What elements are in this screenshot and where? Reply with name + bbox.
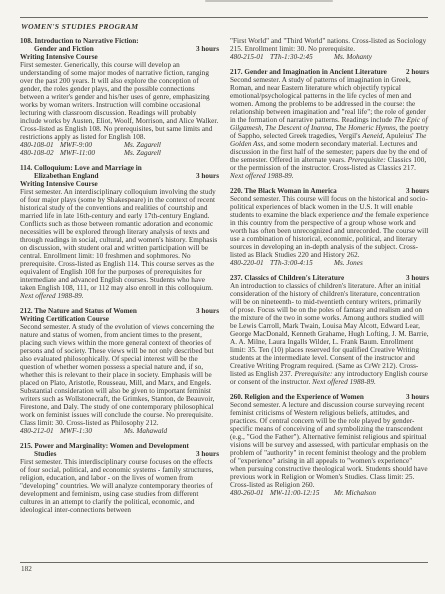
course-260: 260. Religion and the Experience of Wome… xyxy=(230,393,429,497)
section-number: 480-212-01 xyxy=(20,427,60,435)
course-heading: 114. Colloquium: Love and Marriage in xyxy=(20,164,219,172)
schedule-row: 480-212-01MWF-1:30Ms. Mahawald xyxy=(20,427,219,435)
course-description: Second semester. A study of patterns of … xyxy=(230,76,429,180)
course-title: 217. Gender and Imagination in Ancient L… xyxy=(230,68,387,76)
page-title: WOMEN'S STUDIES PROGRAM xyxy=(21,22,138,31)
course-hours: 3 hours xyxy=(406,274,429,282)
instructor-name: Ms. Zagarell xyxy=(124,141,219,149)
schedule-row: 480-220-01TTh-3:00-4:15Ms. Jones xyxy=(230,259,429,267)
instructor-name: Ms. Jones xyxy=(334,259,429,267)
course-description: First semester. Generically, this course… xyxy=(20,61,219,141)
course-title: Gender and Fiction xyxy=(20,45,94,53)
course-hours: 3 hours xyxy=(406,393,429,401)
course-title: 237. Classics of Children's Literature xyxy=(230,274,344,282)
course-heading: 220. The Black Woman in America3 hours xyxy=(230,187,429,195)
course-subtitle: Writing Intensive Course xyxy=(20,180,219,188)
course-108: 108. Introduction to Narrative Fiction:G… xyxy=(20,37,219,157)
page-number: 182 xyxy=(21,565,32,574)
course-hours: 3 hours xyxy=(406,187,429,195)
course-title: 215. Power and Marginality: Women and De… xyxy=(20,442,189,450)
course-212: 212. The Nature and Status of Women3 hou… xyxy=(20,307,219,435)
course-description: First semester. An interdisciplinary col… xyxy=(20,188,219,300)
schedule-row: 480-215-01TTh-1:30-2:45Ms. Mohanty xyxy=(230,53,429,61)
course-heading: 108. Introduction to Narrative Fiction: xyxy=(20,37,219,45)
course-hours: 3 hours xyxy=(196,450,219,458)
course-title: Elizabethan England xyxy=(20,172,99,180)
course-237: 237. Classics of Children's Literature3 … xyxy=(230,274,429,386)
course-215-continuation: "First World" and "Third World" nations.… xyxy=(230,37,429,61)
schedule-row: 480-260-01MW-11:00-12:15Mr. Michalson xyxy=(230,489,429,497)
instructor-name: Ms. Mahawald xyxy=(124,427,219,435)
meeting-time: TTh-1:30-2:45 xyxy=(270,53,334,61)
meeting-time: MWF-9:00 xyxy=(60,141,124,149)
instructor-name: Mr. Michalson xyxy=(334,489,429,497)
course-title: 260. Religion and the Experience of Wome… xyxy=(230,393,364,401)
section-number: 480-108-02 xyxy=(20,149,60,157)
meeting-time: MWF-1:30 xyxy=(60,427,124,435)
course-hours: 3 hours xyxy=(196,172,219,180)
course-description: Second semester. A study of the evolutio… xyxy=(20,323,219,427)
course-heading: 237. Classics of Children's Literature3 … xyxy=(230,274,429,282)
course-subtitle: Writing Intensive Course xyxy=(20,53,219,61)
course-title: 212. The Nature and Status of Women xyxy=(20,307,137,315)
meeting-time: MW-11:00-12:15 xyxy=(270,489,334,497)
meeting-time: TTh-3:00-4:15 xyxy=(270,259,334,267)
bottom-rule xyxy=(20,562,428,563)
course-title: 220. The Black Woman in America xyxy=(230,187,337,195)
schedule-row: 480-108-01MWF-9:00Ms. Zagarell xyxy=(20,141,219,149)
course-heading: Elizabethan England3 hours xyxy=(20,172,219,180)
schedule-row: 480-108-02MWF-11:00Ms. Zagarell xyxy=(20,149,219,157)
section-number: 480-215-01 xyxy=(230,53,270,61)
course-heading: 217. Gender and Imagination in Ancient L… xyxy=(230,68,429,76)
course-title: 108. Introduction to Narrative Fiction: xyxy=(20,37,139,45)
course-hours: 3 hours xyxy=(196,307,219,315)
course-columns: 108. Introduction to Narrative Fiction:G… xyxy=(20,37,429,521)
course-217: 217. Gender and Imagination in Ancient L… xyxy=(230,68,429,180)
course-description: An introduction to classics of children'… xyxy=(230,282,429,386)
course-description: Second semester. A lecture and discussio… xyxy=(230,401,429,489)
course-heading: Studies3 hours xyxy=(20,450,219,458)
section-number: 480-260-01 xyxy=(230,489,270,497)
section-number: 480-220-01 xyxy=(230,259,270,267)
section-number: 480-108-01 xyxy=(20,141,60,149)
course-description: "First World" and "Third World" nations.… xyxy=(230,37,429,53)
course-heading: 260. Religion and the Experience of Wome… xyxy=(230,393,429,401)
course-heading: Gender and Fiction3 hours xyxy=(20,45,219,53)
course-title: Studies xyxy=(20,450,56,458)
course-heading: 215. Power and Marginality: Women and De… xyxy=(20,442,219,450)
course-220: 220. The Black Woman in America3 hoursSe… xyxy=(230,187,429,267)
scan-artifact xyxy=(205,0,333,2)
course-description: Second semester. This course will focus … xyxy=(230,195,429,259)
course-description: First semester. This interdisciplinary c… xyxy=(20,458,219,514)
course-114: 114. Colloquium: Love and Marriage inEli… xyxy=(20,164,219,300)
top-rule xyxy=(20,17,428,18)
right-column: "First World" and "Third World" nations.… xyxy=(230,37,429,521)
left-column: 108. Introduction to Narrative Fiction:G… xyxy=(20,37,219,521)
course-title: 114. Colloquium: Love and Marriage in xyxy=(20,164,142,172)
instructor-name: Ms. Zagarell xyxy=(124,149,219,157)
course-hours: 3 hours xyxy=(196,45,219,53)
catalog-page: WOMEN'S STUDIES PROGRAM 108. Introductio… xyxy=(0,0,445,594)
course-hours: 2 hours xyxy=(406,68,429,76)
course-215: 215. Power and Marginality: Women and De… xyxy=(20,442,219,514)
meeting-time: MWF-11:00 xyxy=(60,149,124,157)
instructor-name: Ms. Mohanty xyxy=(334,53,429,61)
course-subtitle: Writing Certification Course xyxy=(20,315,219,323)
course-heading: 212. The Nature and Status of Women3 hou… xyxy=(20,307,219,315)
